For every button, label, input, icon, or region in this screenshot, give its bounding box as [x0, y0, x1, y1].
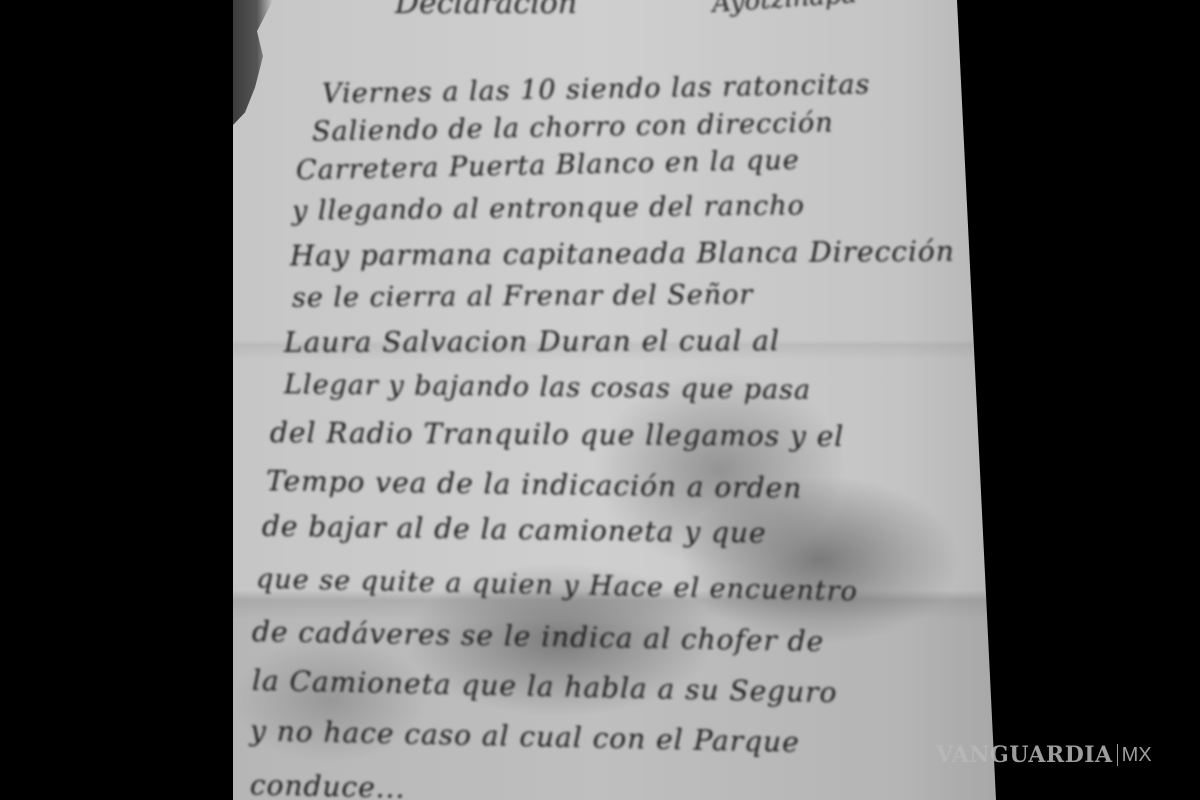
watermark-brand: VANGUARDIA [936, 742, 1113, 768]
handwritten-line: se le cierra al Frenar del Señor [292, 279, 753, 313]
handwritten-line: Llegar y bajando las cosas que pasa [284, 369, 811, 406]
handwritten-line: conduce... [250, 768, 406, 800]
publisher-watermark: VANGUARDIA MX [936, 742, 1152, 768]
watermark-suffix: MX [1122, 744, 1152, 767]
photo-stage: Declaración Ayotzinapa Viernes a las 10 … [0, 0, 1200, 800]
handwritten-line: de bajar al de la camioneta y que [262, 509, 767, 549]
handwritten-line: y llegando al entronque del rancho [292, 190, 805, 226]
handwritten-line: del Radio Tranquilo que llegamos y el [270, 416, 844, 453]
watermark-divider [1117, 744, 1118, 766]
letter-header-left: Declaración [395, 0, 577, 21]
handwritten-line: Hay parmana capitaneada Blanca Dirección [290, 235, 955, 273]
handwritten-line: Laura Salvacion Duran el cual al [284, 324, 780, 359]
